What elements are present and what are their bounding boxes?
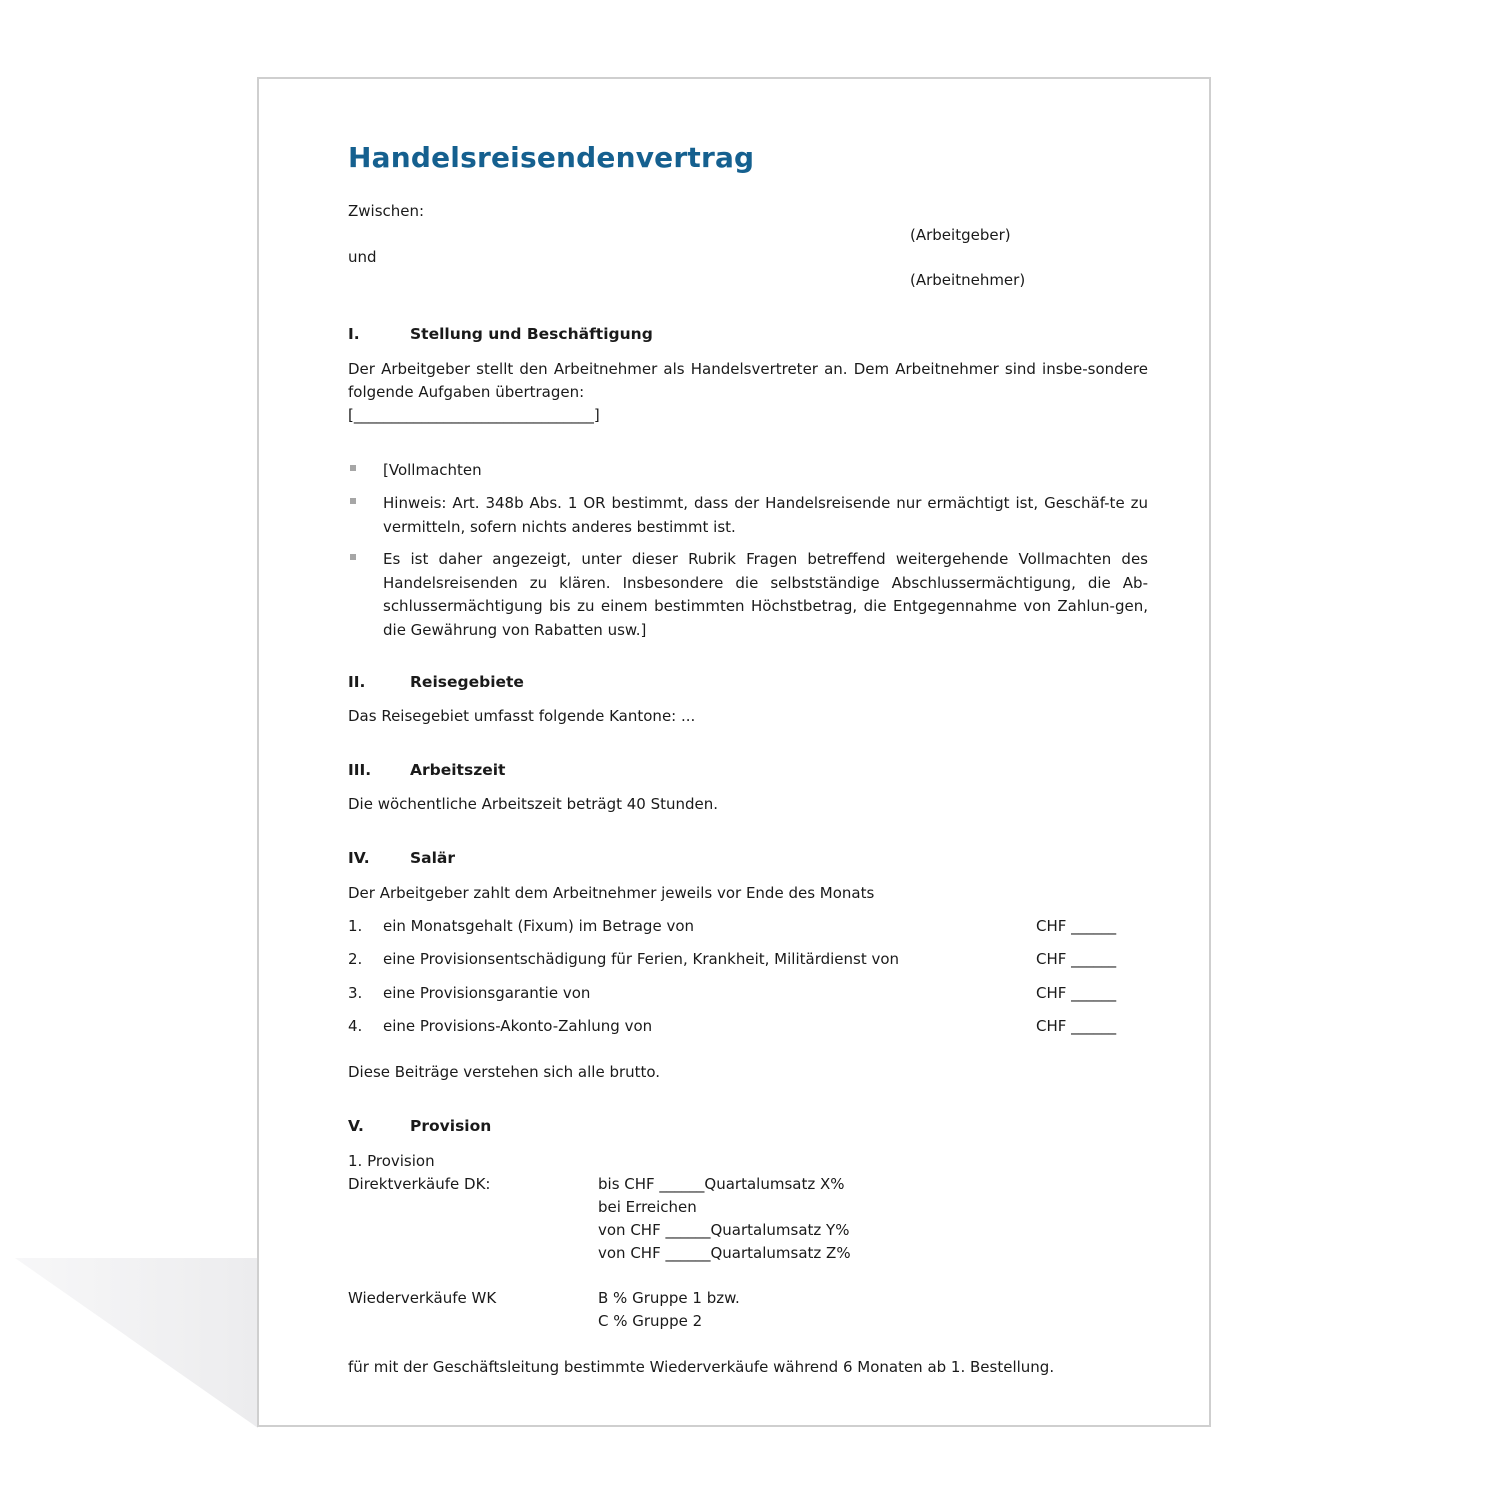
employer-label: (Arbeitgeber)	[910, 224, 1011, 247]
section-4-intro: Der Arbeitgeber zahlt dem Arbeitnehmer j…	[348, 882, 874, 905]
task-blank-field: [________________________________]	[348, 404, 600, 427]
section-1-heading: I.Stellung und Beschäftigung	[348, 325, 653, 343]
bullet-item: Es ist daher angezeigt, unter dieser Rub…	[348, 548, 1148, 642]
section-number: I.	[348, 325, 410, 343]
salary-item: 1.ein Monatsgehalt (Fixum) im Betrage vo…	[348, 917, 1148, 935]
section-3-heading: III.Arbeitszeit	[348, 761, 505, 779]
section-2-paragraph: Das Reisegebiet umfasst folgende Kantone…	[348, 705, 695, 728]
amount-field: CHF ______	[1036, 950, 1116, 968]
bullet-item: Hinweis: Art. 348b Abs. 1 OR bestimmt, d…	[348, 492, 1148, 539]
salary-item: 4.eine Provisions-Akonto-Zahlung von CHF…	[348, 1017, 1148, 1035]
employee-label: (Arbeitnehmer)	[910, 269, 1025, 292]
section-4-heading: IV.Salär	[348, 849, 455, 867]
bullet-item: [Vollmachten	[348, 459, 1148, 483]
amount-field: CHF ______	[1036, 917, 1116, 935]
page-shadow	[15, 1258, 258, 1428]
direct-sales-line: von CHF ______Quartalumsatz Z%	[598, 1242, 851, 1265]
section-title: Stellung und Beschäftigung	[410, 325, 653, 343]
resale-label: Wiederverkäufe WK	[348, 1287, 496, 1310]
resale-line: B % Gruppe 1 bzw.	[598, 1287, 740, 1310]
between-label: Zwischen:	[348, 200, 424, 223]
direct-sales-label: Direktverkäufe DK:	[348, 1173, 490, 1196]
amount-field: CHF ______	[1036, 984, 1116, 1002]
direct-sales-line: bei Erreichen	[598, 1196, 697, 1219]
direct-sales-line: von CHF ______Quartalumsatz Y%	[598, 1219, 849, 1242]
amount-field: CHF ______	[1036, 1017, 1116, 1035]
section-2-heading: II.Reisegebiete	[348, 673, 524, 691]
resale-line: C % Gruppe 2	[598, 1310, 702, 1333]
salary-item: 2.eine Provisionsentschädigung für Ferie…	[348, 950, 1148, 968]
salary-item: 3.eine Provisionsgarantie von CHF ______	[348, 984, 1148, 1002]
and-label: und	[348, 246, 377, 269]
bullet-square-icon	[350, 498, 356, 504]
section-5-heading: V.Provision	[348, 1117, 491, 1135]
section-1-paragraph: Der Arbeitgeber stellt den Arbeitnehmer …	[348, 358, 1148, 404]
document-title: Handelsreisendenvertrag	[348, 141, 754, 174]
section-3-paragraph: Die wöchentliche Arbeitszeit beträgt 40 …	[348, 793, 718, 816]
bullet-square-icon	[350, 465, 356, 471]
direct-sales-line: bis CHF ______Quartalumsatz X%	[598, 1173, 845, 1196]
document-page: Handelsreisendenvertrag Zwischen: (Arbei…	[257, 77, 1211, 1427]
bullet-square-icon	[350, 554, 356, 560]
provision-footer: für mit der Geschäftsleitung bestimmte W…	[348, 1356, 1054, 1379]
section-4-note: Diese Beiträge verstehen sich alle brutt…	[348, 1061, 660, 1084]
provision-subheading: 1. Provision	[348, 1150, 435, 1173]
